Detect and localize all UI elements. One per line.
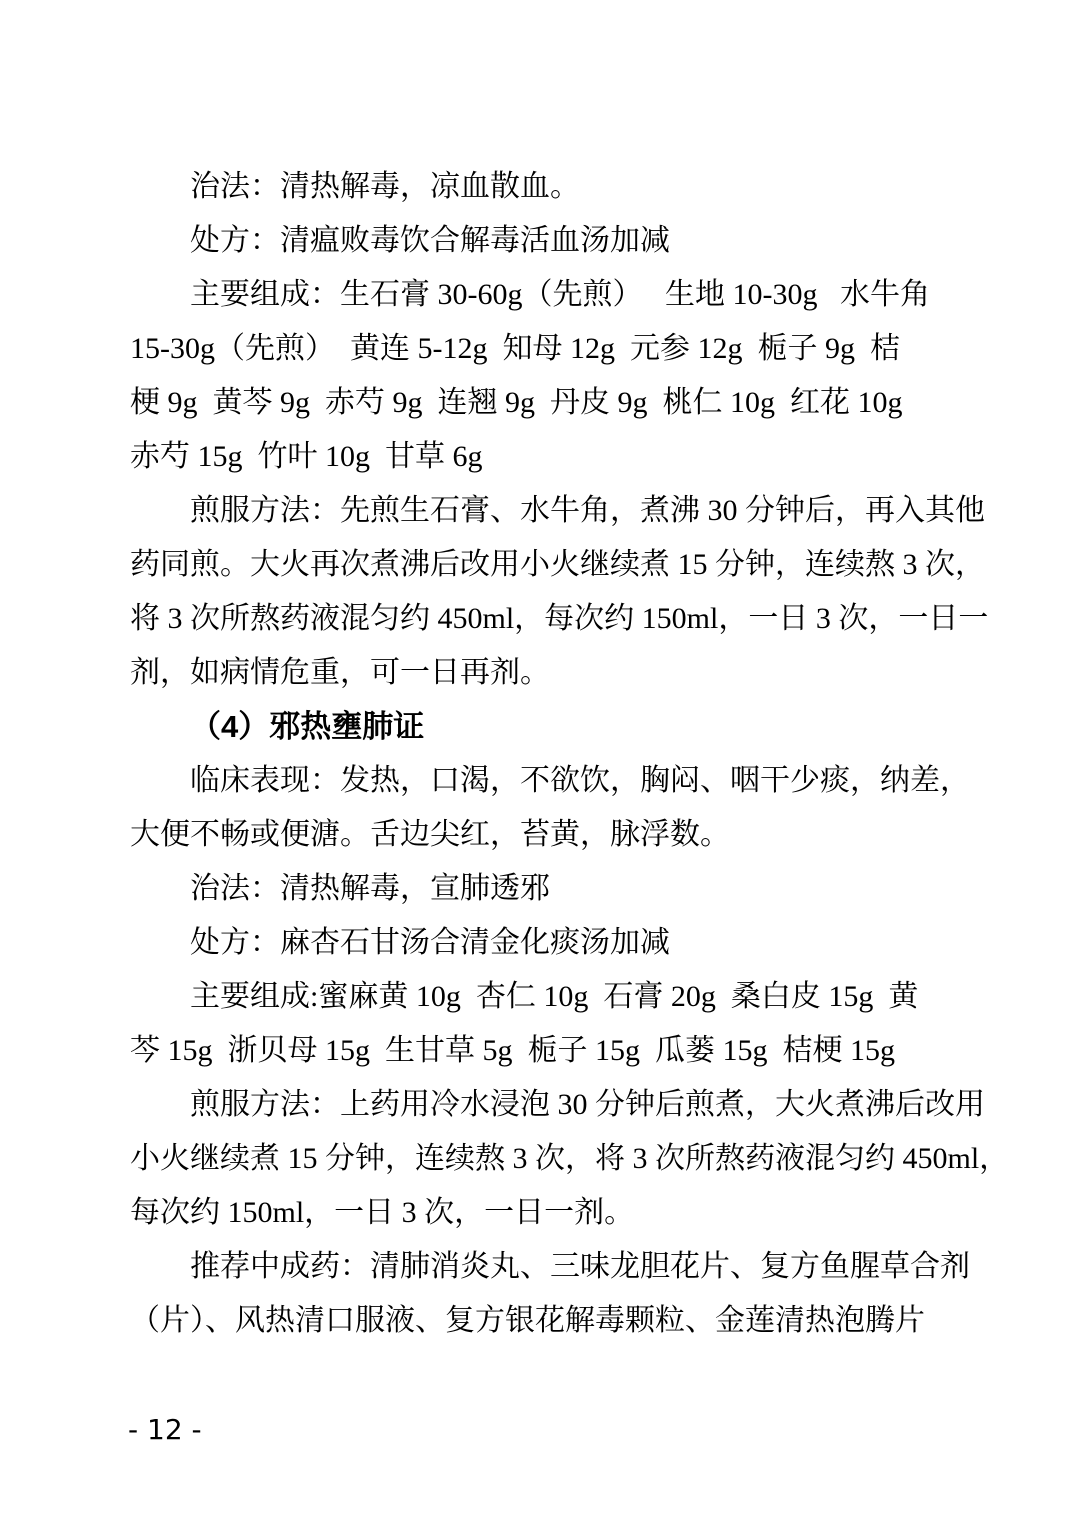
text-line: 主要组成：生石膏 30-60g（先煎） 生地 10-30g 水牛角 (130, 268, 950, 322)
text-line: 剂，如病情危重，可一日再剂。 (130, 646, 950, 700)
text-line: 治法：清热解毒，宣肺透邪 (130, 862, 950, 916)
text-line: 处方：麻杏石甘汤合清金化痰汤加减 (130, 916, 950, 970)
document-body: 治法：清热解毒，凉血散血。 处方：清瘟败毒饮合解毒活血汤加减 主要组成：生石膏 … (130, 160, 950, 1348)
text-line: 煎服方法：上药用冷水浸泡 30 分钟后煎煮，大火煮沸后改用 (130, 1078, 950, 1132)
text-line: 大便不畅或便溏。舌边尖红，苔黄，脉浮数。 (130, 808, 950, 862)
text-line: 药同煎。大火再次煮沸后改用小火继续煮 15 分钟，连续熬 3 次， (130, 538, 950, 592)
paragraph-main-composition-1: 主要组成：生石膏 30-60g（先煎） 生地 10-30g 水牛角 15-30g… (130, 268, 950, 484)
paragraph-clinical-manifestation: 临床表现：发热，口渴，不欲饮，胸闷、咽干少痰，纳差， 大便不畅或便溏。舌边尖红，… (130, 754, 950, 862)
paragraph-treatment-method-1: 治法：清热解毒，凉血散血。 (130, 160, 950, 214)
syndrome-heading: （4）邪热壅肺证 (130, 700, 950, 754)
text-line: 推荐中成药：清肺消炎丸、三味龙胆花片、复方鱼腥草合剂 (130, 1240, 950, 1294)
text-line: （片）、风热清口服液、复方银花解毒颗粒、金莲清热泡腾片 (130, 1294, 950, 1348)
paragraph-syndrome-heading: （4）邪热壅肺证 (130, 700, 950, 754)
paragraph-main-composition-2: 主要组成:蜜麻黄 10g 杏仁 10g 石膏 20g 桑白皮 15g 黄 芩 1… (130, 970, 950, 1078)
paragraph-prescription-1: 处方：清瘟败毒饮合解毒活血汤加减 (130, 214, 950, 268)
paragraph-treatment-method-2: 治法：清热解毒，宣肺透邪 (130, 862, 950, 916)
text-line: 临床表现：发热，口渴，不欲饮，胸闷、咽干少痰，纳差， (130, 754, 950, 808)
text-line: 15-30g（先煎） 黄连 5-12g 知母 12g 元参 12g 栀子 9g … (130, 322, 950, 376)
text-line: 梗 9g 黄芩 9g 赤芍 9g 连翘 9g 丹皮 9g 桃仁 10g 红花 1… (130, 376, 950, 430)
text-line: 煎服方法：先煎生石膏、水牛角，煮沸 30 分钟后，再入其他 (130, 484, 950, 538)
paragraph-recommended-patent-medicines: 推荐中成药：清肺消炎丸、三味龙胆花片、复方鱼腥草合剂 （片）、风热清口服液、复方… (130, 1240, 950, 1348)
text-line: 小火继续煮 15 分钟，连续熬 3 次，将 3 次所熬药液混匀约 450ml， (130, 1132, 950, 1186)
text-line: 每次约 150ml，一日 3 次，一日一剂。 (130, 1186, 950, 1240)
paragraph-decoction-method-1: 煎服方法：先煎生石膏、水牛角，煮沸 30 分钟后，再入其他 药同煎。大火再次煮沸… (130, 484, 950, 700)
paragraph-decoction-method-2: 煎服方法：上药用冷水浸泡 30 分钟后煎煮，大火煮沸后改用 小火继续煮 15 分… (130, 1078, 950, 1240)
text-line: 芩 15g 浙贝母 15g 生甘草 5g 栀子 15g 瓜蒌 15g 桔梗 15… (130, 1024, 950, 1078)
text-line: 主要组成:蜜麻黄 10g 杏仁 10g 石膏 20g 桑白皮 15g 黄 (130, 970, 950, 1024)
text-line: 将 3 次所熬药液混匀约 450ml，每次约 150ml，一日 3 次，一日一 (130, 592, 950, 646)
paragraph-prescription-2: 处方：麻杏石甘汤合清金化痰汤加减 (130, 916, 950, 970)
page-number: - 12 - (128, 1412, 202, 1448)
text-line: 处方：清瘟败毒饮合解毒活血汤加减 (130, 214, 950, 268)
text-line: 治法：清热解毒，凉血散血。 (130, 160, 950, 214)
text-line: 赤芍 15g 竹叶 10g 甘草 6g (130, 430, 950, 484)
